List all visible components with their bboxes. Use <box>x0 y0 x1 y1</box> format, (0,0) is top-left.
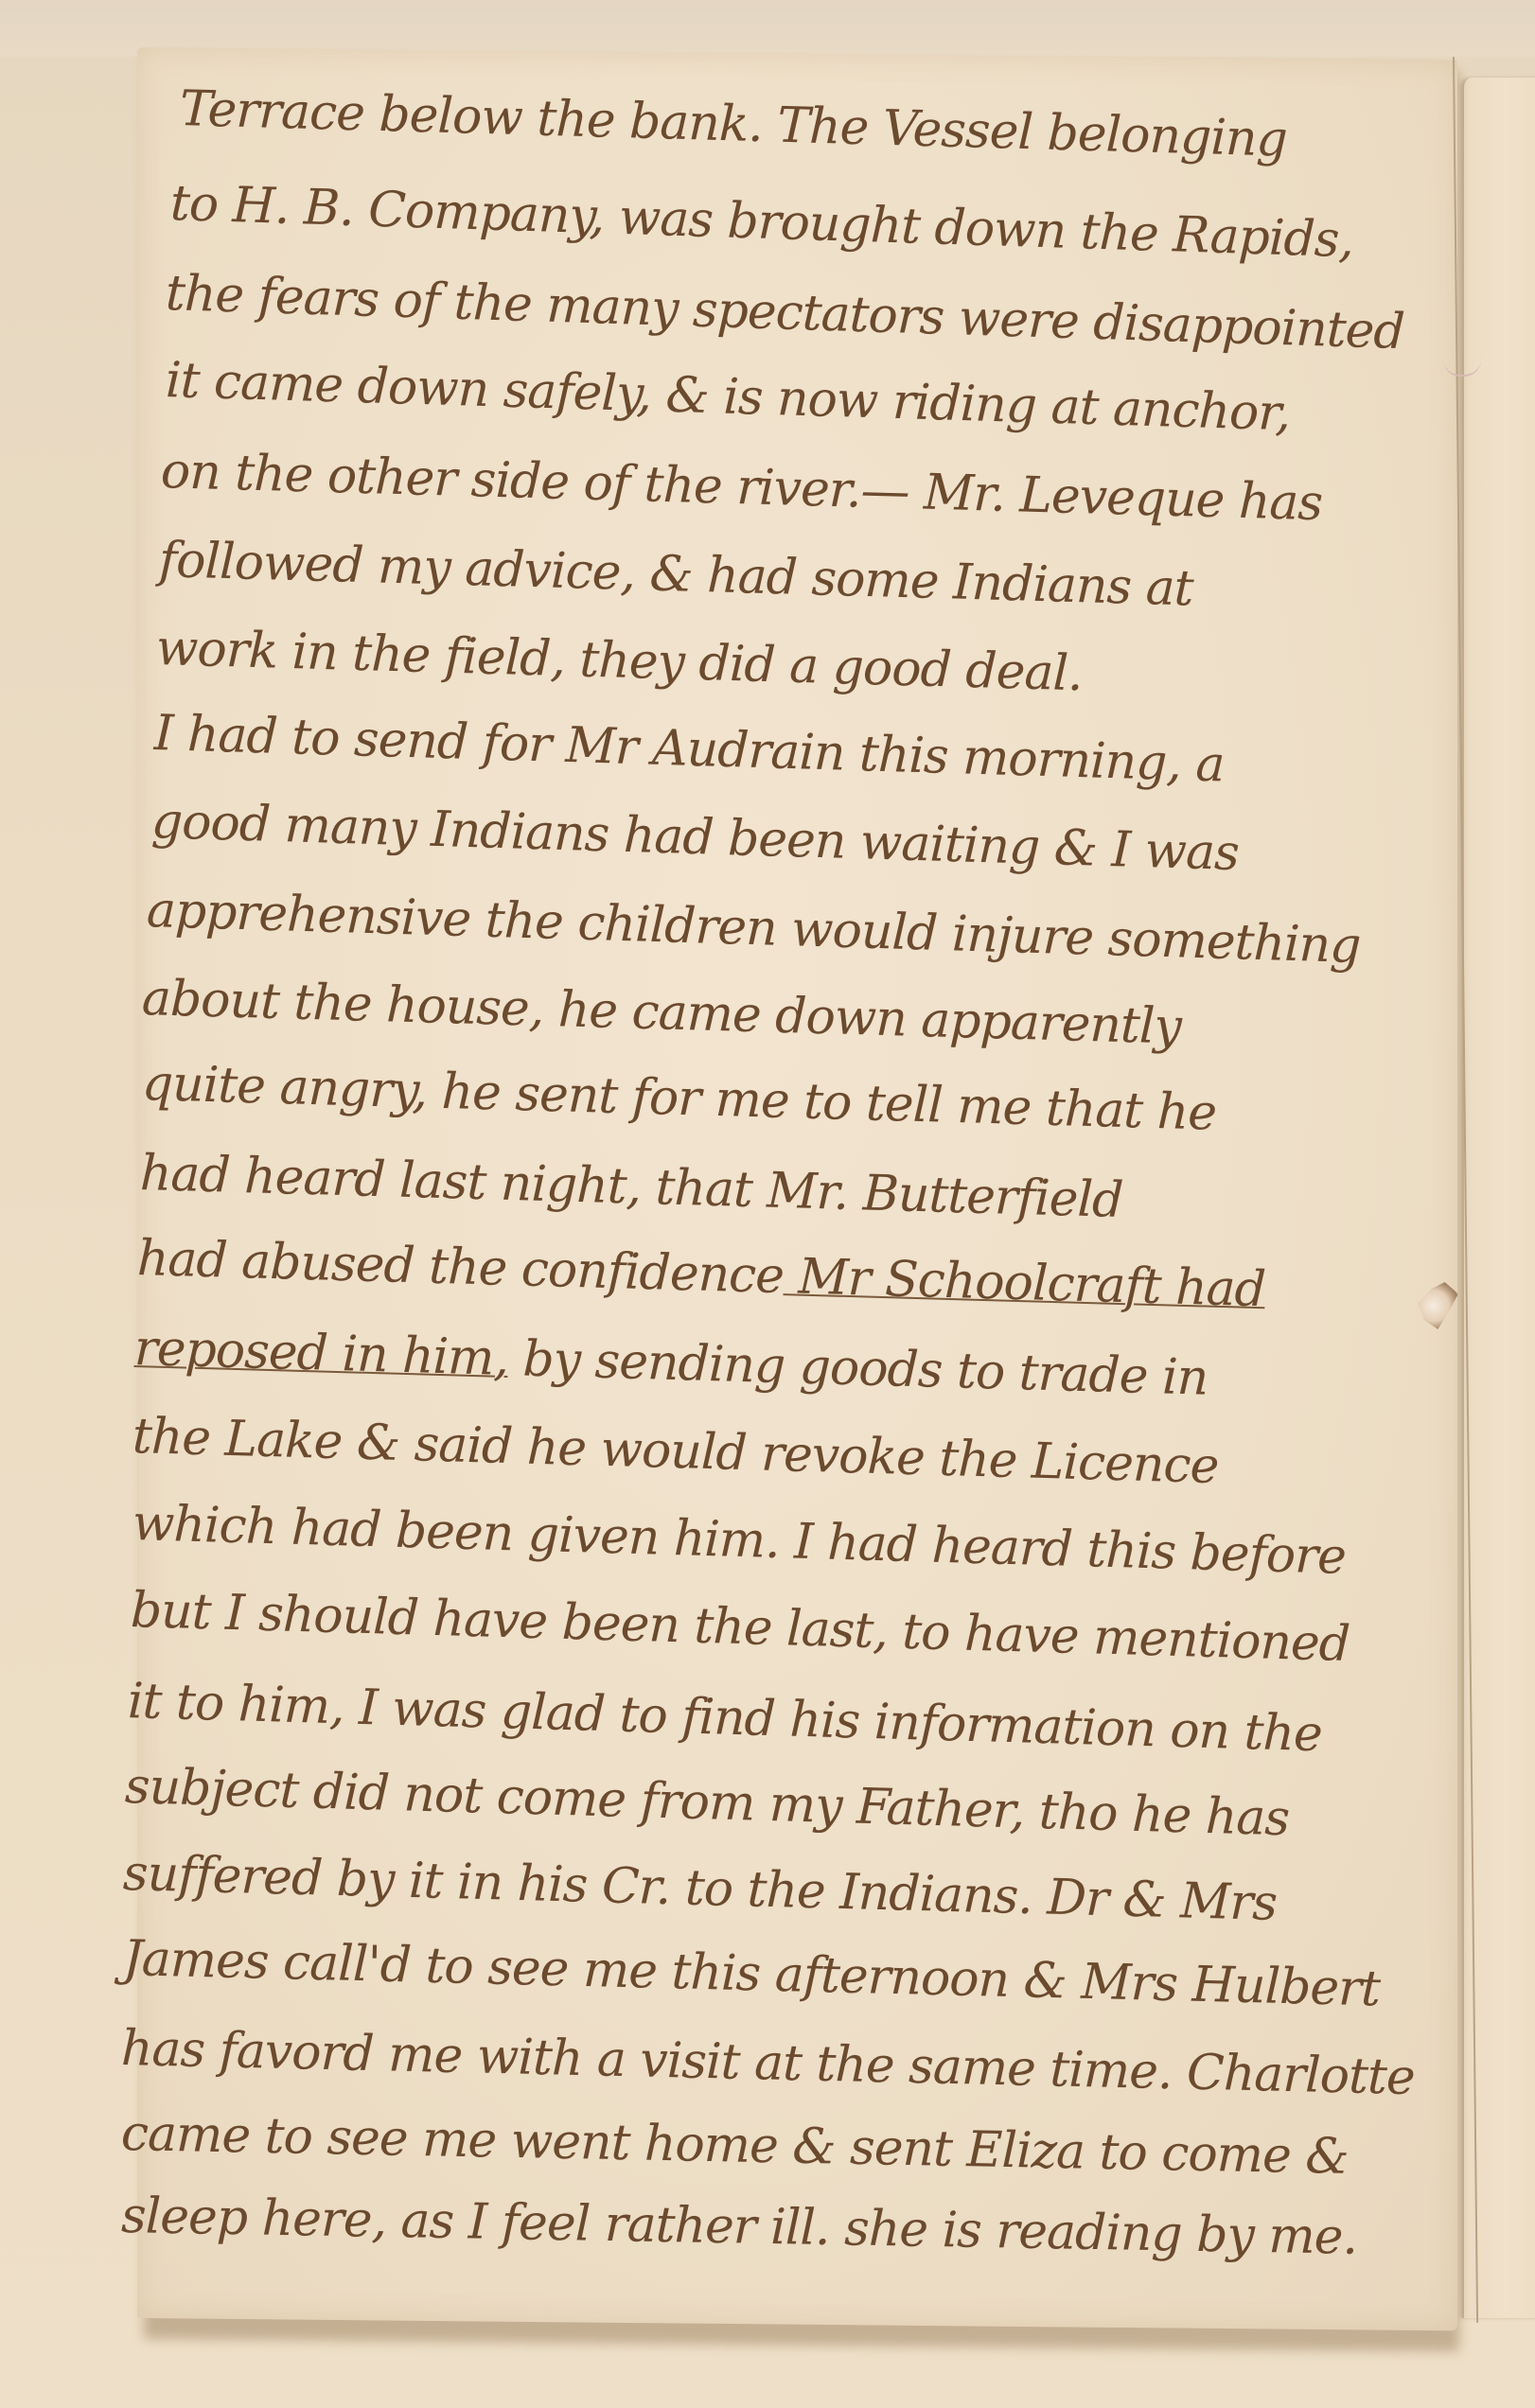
text-line: but I should have been the last, to have… <box>130 1582 1350 1673</box>
text-line: to H. B. Company, was brought down the R… <box>169 175 1354 269</box>
text-line: quite angry, he sent for me to tell me t… <box>141 1055 1217 1142</box>
text-line: it came down safely, & is now riding at … <box>165 352 1291 442</box>
text-line: followed my advice, & had some Indians a… <box>158 532 1193 617</box>
text-line: had heard last night, that Mr. Butterfie… <box>139 1145 1123 1229</box>
text-line: subject did not come from my Father, tho… <box>124 1758 1290 1847</box>
text-line: sleep here, as I feel rather ill. she is… <box>120 2188 1357 2266</box>
text-line: came to see me went home & sent Eliza to… <box>120 2105 1349 2186</box>
text-line: reposed in him, by sending goods to trad… <box>133 1320 1209 1407</box>
text-line: Terrace below the bank. The Vessel belon… <box>179 80 1287 168</box>
text-line: it to him, I was glad to find his inform… <box>127 1673 1322 1763</box>
text-line: work in the field, they did a good deal. <box>155 620 1083 702</box>
text-line: had abused the confidence Mr Schoolcraft… <box>136 1230 1266 1318</box>
text-line: has favord me with a visit at the same t… <box>120 2020 1415 2106</box>
text-line: apprehensive the children would injure s… <box>146 882 1361 975</box>
text-line: suffered by it in his Cr. to the Indians… <box>122 1845 1278 1932</box>
underlined-text: Mr Schoolcraft had <box>783 1248 1266 1318</box>
text-line: the Lake & said he would revoke the Lice… <box>132 1408 1219 1495</box>
handwritten-text: Terrace below the bank. The Vessel belon… <box>0 0 1535 2408</box>
text-line: I had to send for Mr Audrain this mornin… <box>153 705 1225 794</box>
text-line: which had been given him. I had heard th… <box>132 1495 1346 1586</box>
text-segment: by sending goods to trade in <box>507 1330 1209 1407</box>
text-line: James call'd to see me this afternoon & … <box>122 1930 1380 2017</box>
text-line: the fears of the many spectators were di… <box>165 265 1405 360</box>
text-line: good many Indians had been waiting & I w… <box>150 793 1240 882</box>
text-segment: had abused the confidence <box>136 1230 785 1305</box>
underlined-text: reposed in him, <box>133 1320 509 1387</box>
text-line: about the house, he came down apparently <box>141 970 1182 1056</box>
text-line: on the other side of the river.— Mr. Lev… <box>160 443 1323 532</box>
